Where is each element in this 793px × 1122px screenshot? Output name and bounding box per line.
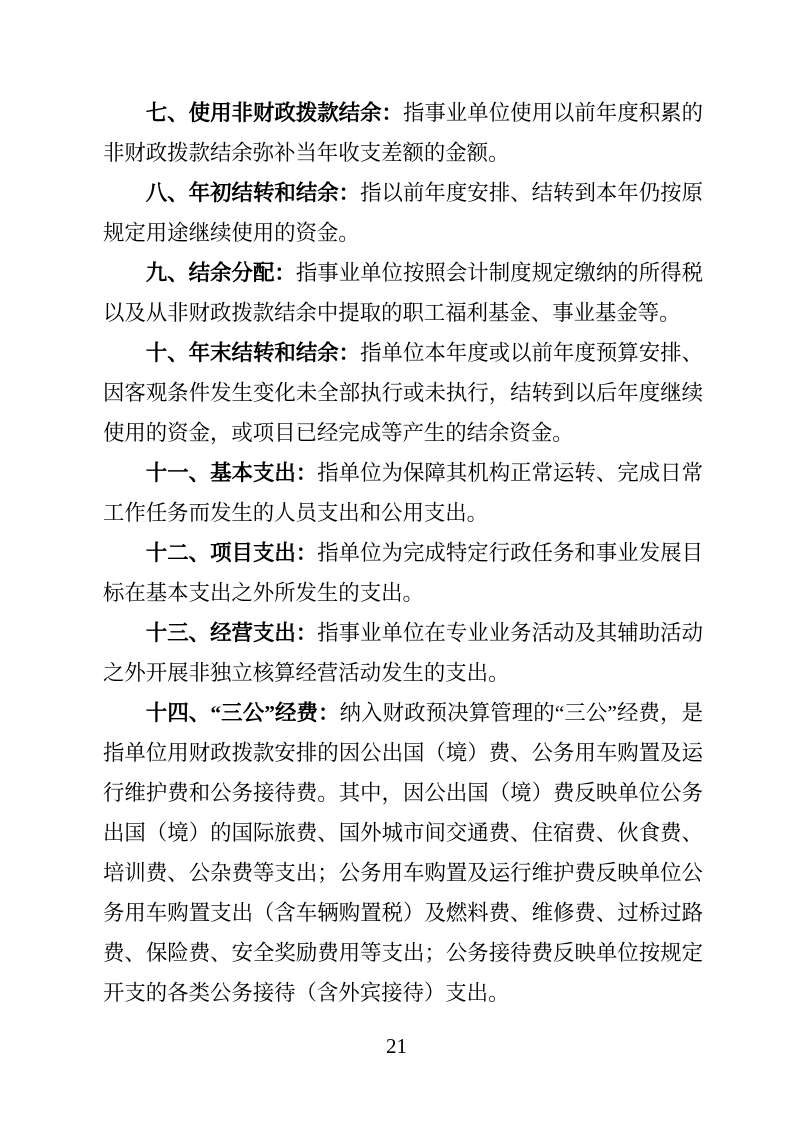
definition-paragraph: 十一、基本支出：指单位为保障其机构正常运转、完成日常工作任务而发生的人员支出和公… xyxy=(103,453,703,533)
term-heading: 十四、“三公”经费： xyxy=(146,701,340,725)
definition-paragraph: 八、年初结转和结余：指以前年度安排、结转到本年仍按原规定用途继续使用的资金。 xyxy=(103,173,703,253)
document-page: 七、使用非财政拨款结余：指事业单位使用以前年度积累的非财政拨款结余弥补当年收支差… xyxy=(0,0,793,1122)
term-heading: 七、使用非财政拨款结余： xyxy=(146,101,403,125)
definition-paragraph: 十四、“三公”经费：纳入财政预决算管理的“三公”经费，是指单位用财政拨款安排的因… xyxy=(103,693,703,1013)
term-heading: 十一、基本支出： xyxy=(146,461,317,485)
definition-paragraph: 七、使用非财政拨款结余：指事业单位使用以前年度积累的非财政拨款结余弥补当年收支差… xyxy=(103,93,703,173)
document-body: 七、使用非财政拨款结余：指事业单位使用以前年度积累的非财政拨款结余弥补当年收支差… xyxy=(103,93,703,1013)
term-heading: 十三、经营支出： xyxy=(146,621,317,645)
term-heading: 十二、项目支出： xyxy=(146,541,317,565)
definition-paragraph: 十三、经营支出：指事业单位在专业业务活动及其辅助活动之外开展非独立核算经营活动发… xyxy=(103,613,703,693)
term-definition: 纳入财政预决算管理的“三公”经费，是指单位用财政拨款安排的因公出国（境）费、公务… xyxy=(103,701,703,1005)
term-heading: 八、年初结转和结余： xyxy=(146,181,360,205)
term-heading: 十、年末结转和结余： xyxy=(146,341,360,365)
definition-paragraph: 十二、项目支出：指单位为完成特定行政任务和事业发展目标在基本支出之外所发生的支出… xyxy=(103,533,703,613)
term-heading: 九、结余分配： xyxy=(146,261,296,285)
definition-paragraph: 九、结余分配：指事业单位按照会计制度规定缴纳的所得税以及从非财政拨款结余中提取的… xyxy=(103,253,703,333)
page-number: 21 xyxy=(0,1033,793,1059)
definition-paragraph: 十、年末结转和结余：指单位本年度或以前年度预算安排、因客观条件发生变化未全部执行… xyxy=(103,333,703,453)
